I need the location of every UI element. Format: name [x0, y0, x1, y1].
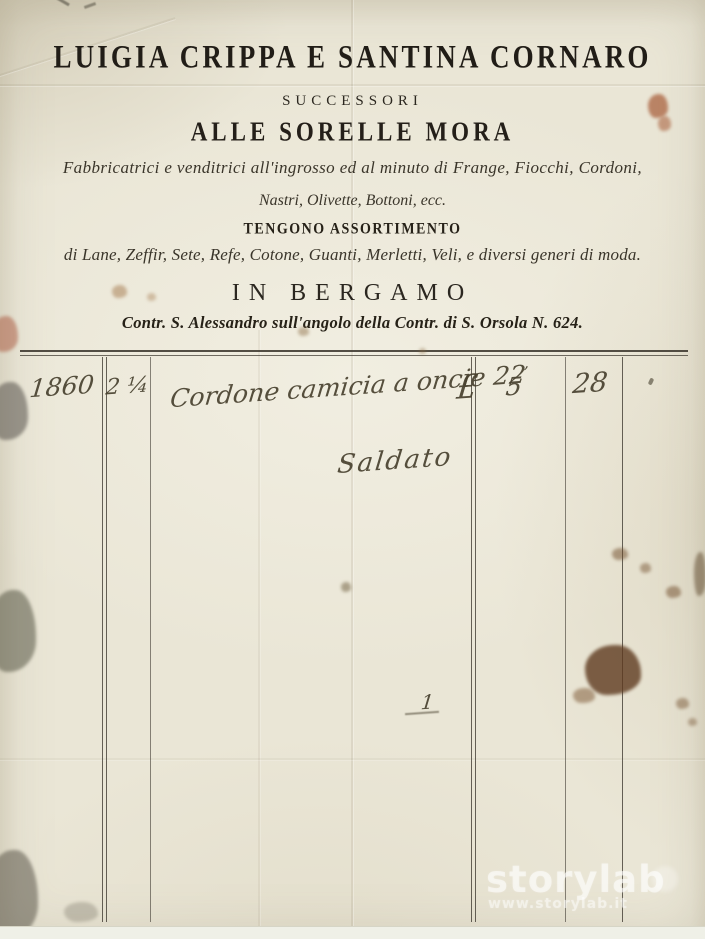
paper-stain [341, 582, 351, 592]
paper-stain [298, 327, 309, 336]
paper-stain [573, 688, 595, 703]
ledger-column-rule-3b [475, 357, 476, 922]
header-assortment-line: di Lane, Zeffir, Sete, Refe, Cotone, Gua… [0, 245, 705, 265]
header-city: IN BERGAMO [0, 280, 705, 307]
header-assortment-heading: TENGONO ASSORTIMENTO [0, 221, 705, 239]
paper-stain [612, 548, 628, 560]
scan-edge [0, 926, 705, 939]
header-brand-name: ALLE SORELLE MORA [0, 117, 705, 148]
ink-smudge [0, 850, 38, 938]
entry-date: 1860 [28, 370, 95, 403]
paper-stain [419, 348, 426, 354]
page-title: LUIGIA CRIPPA E SANTINA CORNARO [0, 38, 705, 76]
paper-stain [64, 902, 98, 922]
entry-pen-dash [405, 711, 439, 715]
ledger-column-rule-1a [102, 357, 103, 922]
ledger-column-rule-5 [622, 357, 623, 922]
ledger-top-rule [20, 350, 688, 356]
entry-lire-mark: ’ [522, 363, 529, 382]
header-description-line-1: Fabbricatrici e venditrici all'ingrosso … [0, 158, 705, 178]
ink-smudge [0, 590, 36, 672]
paper-stain [147, 293, 156, 301]
ink-smudge [0, 382, 28, 440]
entry-note-saldato: Saldato [336, 442, 454, 480]
entry-quantity: 2 ¼ [104, 373, 149, 401]
paper-scratch [56, 0, 70, 6]
paper-crease [0, 84, 705, 86]
ledger-column-rule-3a [471, 357, 472, 922]
ledger-column-rule-2 [150, 357, 151, 922]
paper-stain [640, 563, 651, 573]
watermark-logo-mark [652, 866, 678, 892]
paper-scratch [84, 2, 96, 9]
paper-stain [648, 94, 668, 118]
paper-stain [688, 718, 697, 726]
paper-crease [258, 330, 260, 939]
paper-stain [112, 285, 127, 298]
paper-stain [676, 698, 689, 709]
paper-stain [658, 116, 671, 131]
ledger-column-rule-1b [106, 357, 107, 922]
paper-stain [666, 586, 681, 598]
entry-centesimi: 28 [571, 367, 609, 400]
header-subtitle: SUCCESSORI [0, 93, 705, 110]
entry-lire: 5 [504, 371, 523, 401]
paper-stain [585, 645, 641, 695]
invoice-document: LUIGIA CRIPPA E SANTINA CORNARO SUCCESSO… [0, 0, 705, 939]
ledger-column-rule-4 [565, 357, 566, 922]
paper-stain [694, 552, 705, 596]
watermark-url: www.storylab.it [488, 896, 628, 912]
entry-stray-dot [648, 377, 655, 385]
header-address: Contr. S. Alessandro sull'angolo della C… [0, 313, 705, 333]
header-description-line-2: Nastri, Olivette, Bottoni, ecc. [0, 192, 705, 210]
watermark-text: storylab [486, 858, 666, 901]
entry-currency-symbol: £ [455, 366, 480, 406]
